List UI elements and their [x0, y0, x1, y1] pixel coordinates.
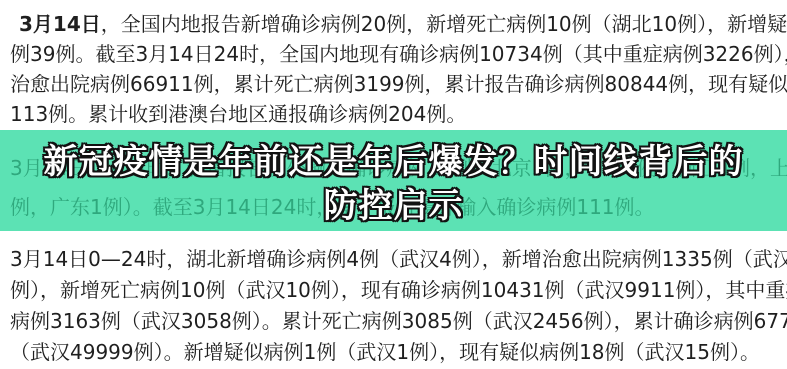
headline-banner: 3月14日0—24时，新增报告境外输入确诊病例16例（北京5例，甘肃4例，浙江4…	[0, 130, 787, 231]
article-canvas: { "colors": { "background": "#ffffff", "…	[0, 0, 787, 369]
text-line: 3月14日，全国内地报告新增确诊病例20例，新增死亡病例10例（湖北10例），新…	[10, 9, 781, 39]
report-date-bold: 3月14日	[19, 12, 101, 36]
text-line: 113例。累计收到港澳台地区通报确诊病例204例。	[10, 99, 781, 129]
text-line: （武汉49999例）。新增疑似病例1例（武汉1例），现有疑似病例18例（武汉15…	[10, 337, 781, 368]
text-run: ，全国内地报告新增确诊病例20例，新增死亡病例10例（湖北10例），新增疑似病	[101, 12, 787, 36]
text-line: 3月14日0—24时，湖北新增确诊病例4例（武汉4例），新增治愈出院病例1335…	[10, 244, 781, 275]
text-line: 例39例。截至3月14日24时，全国内地现有确诊病例10734例（其中重症病例3…	[10, 39, 781, 69]
national-report-paragraph: 3月14日，全国内地报告新增确诊病例20例，新增死亡病例10例（湖北10例），新…	[0, 0, 787, 130]
text-line: 治愈出院病例66911例，累计死亡病例3199例，累计报告确诊病例80844例，…	[10, 69, 781, 99]
hubei-report-paragraph: 3月14日0—24时，湖北新增确诊病例4例（武汉4例），新增治愈出院病例1335…	[0, 231, 787, 368]
text-line: 例），新增死亡病例10例（武汉10例），现有确诊病例10431例（武汉9911例…	[10, 275, 781, 306]
headline-title: 新冠疫情是年前还是年后爆发？时间线背后的 防控启示	[0, 140, 787, 228]
headline-title-line1: 新冠疫情是年前还是年后爆发？时间线背后的	[0, 140, 787, 184]
headline-title-line2: 防控启示	[0, 184, 787, 228]
text-line: 病例3163例（武汉3058例）。累计死亡病例3085例（武汉2456例），累计…	[10, 306, 781, 337]
